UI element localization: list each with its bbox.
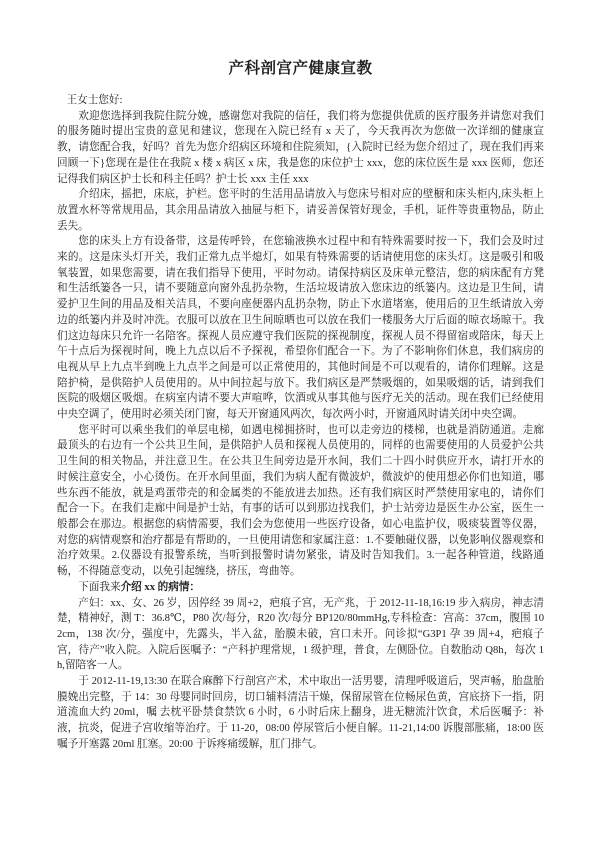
document-title: 产科剖宫产健康宣教 [57, 56, 544, 78]
document-content: 产科剖宫产健康宣教 王女士您好: 欢迎您选择到我院住院分娩，感谢您对我院的信任，… [0, 0, 600, 753]
paragraph-surgery-and-postop-course: 于 2012-11-19,13:30 在联合麻醉下行剖宫产术，术中取出一活男婴，… [57, 674, 544, 753]
paragraph-welcome-and-ward-intro: 欢迎您选择到我院住院分娩，感谢您对我院的信任，我们将为您提供优质的医疗服务并请您… [57, 109, 544, 188]
condition-section-heading: 下面我来介绍 xx 的病情： [57, 580, 544, 596]
paragraph-patient-admission-details: 产妇：xx、女、26 岁，因停经 39 周+2，疤痕子宫，无产兆，于 2012-… [57, 596, 544, 675]
paragraph-facilities-and-devices: 您平时可以乘坐我们的单层电梯，如遇电梯拥挤时，也可以走旁边的楼梯，也就是消防通道… [57, 423, 544, 580]
condition-heading-prefix: 下面我来 [78, 582, 120, 593]
paragraph-bedside-equipment-rules: 您的床头上方有设备带，这是传呼铃，在您输液换水过程中和有特殊需要时按一下，我们会… [57, 234, 544, 422]
greeting-line: 王女士您好: [57, 93, 544, 109]
paragraph-bed-and-belongings: 介绍床，摇把，床底，护栏。您平时的生活用品请放入与您床号相对应的壁橱和床头柜内,… [57, 187, 544, 234]
document-page: 产科剖宫产健康宣教 王女士您好: 欢迎您选择到我院住院分娩，感谢您对我院的信任，… [0, 0, 600, 850]
condition-heading-bold-title: 介绍 xx 的病情： [121, 582, 200, 593]
